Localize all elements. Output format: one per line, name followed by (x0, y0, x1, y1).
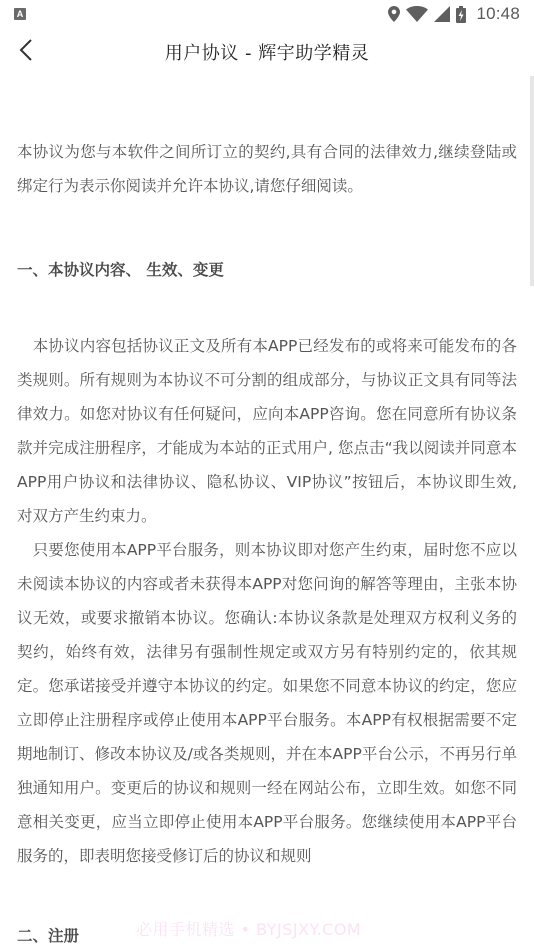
intro-paragraph: 本协议为您与本软件之间所订立的契约,具有合同的法律效力,继续登陆或绑定行为表示你… (17, 135, 517, 203)
section-heading-1: 一、本协议内容、 生效、变更 (17, 253, 517, 287)
section-1-paragraph-1: 本协议内容包括协议正文及所有本APP已经发布的或将来可能发布的各类规则。所有规则… (17, 329, 517, 533)
status-time: 10:48 (476, 4, 520, 24)
app-header: 用户协议 - 辉宇助学精灵 (0, 28, 534, 76)
scrollbar[interactable] (529, 76, 534, 950)
cell-signal-icon (434, 6, 450, 22)
location-icon (388, 6, 400, 22)
page-title: 用户协议 - 辉宇助学精灵 (165, 39, 369, 65)
chevron-left-icon (19, 39, 33, 65)
watermark: 必用手机精选 • BYJSJXY.COM (136, 917, 361, 940)
wifi-icon (406, 6, 428, 22)
agreement-content[interactable]: 本协议为您与本软件之间所订立的契约,具有合同的法律效力,继续登陆或绑定行为表示你… (0, 76, 534, 950)
notification-app-icon: A (14, 8, 26, 20)
battery-charging-icon (456, 6, 466, 23)
back-button[interactable] (10, 36, 42, 68)
scrollbar-thumb[interactable] (530, 76, 534, 286)
section-1-paragraph-2: 只要您使用本APP平台服务，则本协议即对您产生约束，届时您不应以未阅读本协议的内… (17, 533, 517, 873)
status-bar: A 10:48 (0, 0, 534, 28)
